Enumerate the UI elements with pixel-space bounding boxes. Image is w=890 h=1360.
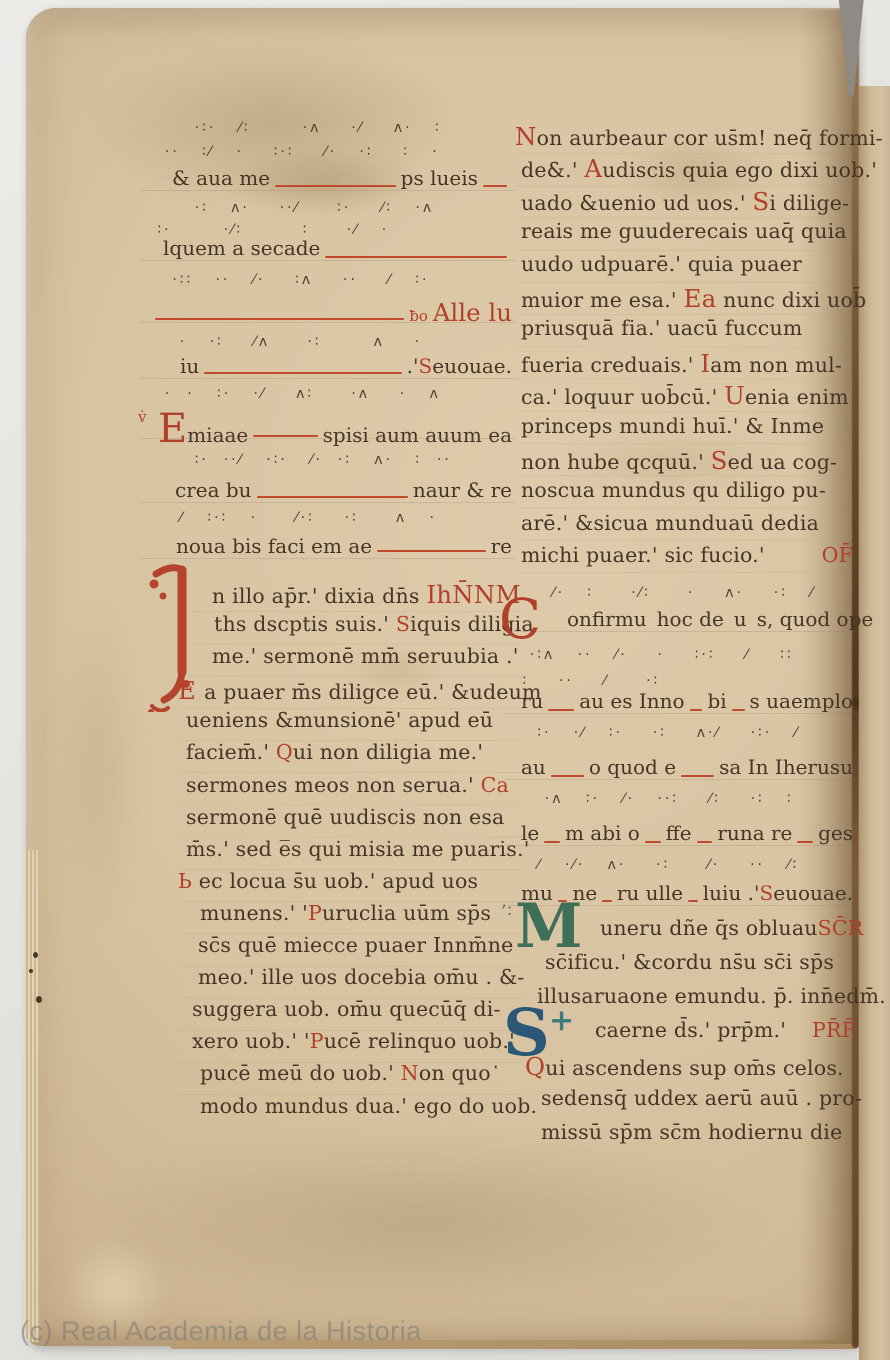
manuscript-text: m̄s.' sed e̅s qui misia me puaris.' <box>186 837 530 861</box>
manuscript-text: on aurbeaur cor us̄m! neq̄ formi- <box>537 126 883 150</box>
neume-row: ·∶ ʌ· ··⁄ ∶· ⁄∶ ·ʌ <box>150 200 512 222</box>
page-edge-strips <box>24 850 39 1342</box>
neume-row: ∶· ·⁄∶ ∶ ·⁄ · <box>150 222 512 236</box>
rubric-text: S <box>396 612 410 636</box>
red-extension-rule <box>253 435 317 437</box>
text-line: munens.' 'Puruclia uūm sp̄s <box>178 901 523 933</box>
text-line: Qui ascendens sup om̄s celos. <box>515 1052 853 1086</box>
ink-speck <box>36 996 42 1003</box>
text-line: sermonē quē uudiscis non esa <box>178 805 523 837</box>
rubric-text: S <box>711 446 728 475</box>
chant-text-line: onfirmuhoc deus, quod ope <box>515 607 853 647</box>
manuscript-text: iu <box>180 354 199 378</box>
rubric-text: S <box>419 354 433 378</box>
manuscript-text: meo.' ille uos docebia om̄u . &- <box>198 965 525 989</box>
manuscript-text: ru <box>521 689 543 713</box>
manuscript-text: bi <box>707 689 726 713</box>
rubric-text: I <box>700 349 710 378</box>
manuscript-text: ca.' loquur uob̄cū.' <box>521 385 724 409</box>
red-extension-rule <box>275 185 396 187</box>
gospel-column-left: n illo ap̄r.' dixia dn̄s IhN̄NMths dscpt… <box>178 580 523 1126</box>
manuscript-text: caerne d̄s.' prp̄m.' <box>595 1018 786 1042</box>
neume-row: ·∶∶ ·· ⁄· ∶ʌ ·· ⁄ ∶· <box>150 272 512 298</box>
manuscript-text: sermones meos non serua.' <box>186 773 481 797</box>
manuscript-text: uado &uenio ud uos.' <box>521 191 752 215</box>
text-line: fueria creduais.' Iam non mul- <box>515 349 853 381</box>
text-line: michi puaer.' sic fucio.' OF̄ <box>515 543 853 575</box>
text-line: Ь ec locua s̄u uob.' apud uos <box>178 869 523 901</box>
manuscript-text: modo mundus dua.' ego do uob. <box>200 1094 537 1118</box>
text-line: non hube qcquū.' Sed ua cog- <box>515 446 853 478</box>
text-line: faciem̄.' Qui non diligia me.' <box>178 740 523 772</box>
red-extension-rule <box>602 900 612 902</box>
neume-row: ·ʌ ∶· ⁄· ··∶ ⁄∶ ·∶ ∶ <box>515 791 853 821</box>
manuscript-text: enia enim <box>745 385 849 409</box>
text-line: uudo udpuarē.' quia puaer <box>515 252 853 284</box>
text-line: n illo ap̄r.' dixia dn̄s IhN̄NM <box>178 580 523 612</box>
manuscript-text: missū sp̄m sc̄m hodiernu die <box>541 1120 842 1144</box>
manuscript-text: illusaruaone emundu. p̄. inn̄edm̄. <box>537 984 886 1008</box>
neume-row: ∶· ·⁄ ∶· ·∶ ʌ·⁄ ·∶· ⁄ <box>515 725 853 755</box>
manuscript-text: sc̄s quē miecce puaer Innm̄ne <box>198 933 513 957</box>
rubric-text: P <box>308 901 322 925</box>
manuscript-text: .' <box>407 354 419 378</box>
preface-cross-icon: + <box>549 1008 574 1034</box>
manuscript-text: munens.' ' <box>200 901 308 925</box>
red-extension-rule <box>688 900 698 902</box>
initial-m-munera: M <box>515 901 583 953</box>
chant-text-line: ruau es Innobis uaemplo <box>515 689 853 725</box>
manuscript-text: ec locua s̄u uob.' apud uos <box>192 869 478 893</box>
rubric-text: PR̄F̄ <box>812 1018 856 1042</box>
rubric-text: U <box>724 381 745 410</box>
manuscript-text: noua bis faci em ae <box>176 534 372 558</box>
red-extension-rule <box>690 709 703 711</box>
manuscript-text: crea bu <box>175 478 252 502</box>
manuscript-text: ui ascendens sup om̄s celos. <box>545 1056 843 1080</box>
rubric-text: S <box>760 881 774 905</box>
text-line: Non aurbeaur cor us̄m! neq̄ formi- <box>515 122 853 154</box>
manuscript-text: ru ulle <box>617 881 683 905</box>
text-line: reais me guuderecais uaq̄ quia <box>515 219 853 251</box>
manuscript-text: uneru dñe q̄s obluau <box>600 916 818 940</box>
manuscript-text: nunc dixi uob̄ <box>716 288 866 312</box>
manuscript-text: suggera uob. om̄u quecūq̄ di- <box>192 997 501 1021</box>
rubric-text: E <box>158 414 187 444</box>
binding-gutter <box>852 12 859 1348</box>
red-extension-rule <box>551 775 584 777</box>
manuscript-text: ps lueis <box>401 166 478 190</box>
text-line: arē.' &sicua munduaū dedia <box>515 511 853 543</box>
text-line: E a puaer m̄s diligce eū.' &udeum <box>178 676 523 708</box>
red-extension-rule <box>645 841 661 843</box>
manuscript-text: luiu <box>703 881 742 905</box>
manuscript-text: onfirmu <box>567 607 647 631</box>
text-line: ueniens &munsionē' apud eū <box>178 708 523 740</box>
neume-row: ·∶ʌ ·· ⁄· · ∶·∶ ⁄ ∶∶ <box>515 647 853 673</box>
red-extension-rule <box>204 372 401 374</box>
manuscript-text: euouae. <box>773 881 853 905</box>
manuscript-text: le <box>521 821 539 845</box>
red-extension-rule <box>377 550 485 552</box>
red-extension-rule <box>325 256 507 258</box>
verse-mark: v̇ <box>138 411 146 424</box>
text-line: suggera uob. om̄u quecūq̄ di- <box>178 997 523 1029</box>
manuscript-text: fueria creduais.' <box>521 353 700 377</box>
text-line: meo.' ille uos docebia om̄u . &- <box>178 965 523 997</box>
text-line: noscua mundus qu diligo pu- <box>515 478 853 510</box>
rubric-text: S <box>752 187 769 216</box>
text-line: ths dscptis suis.' Siquis diligia <box>178 612 523 644</box>
manuscript-text: au es Inno <box>579 689 684 713</box>
gospel-column-right: Non aurbeaur cor us̄m! neq̄ formi-de&.' … <box>515 122 853 575</box>
manuscript-text: sermonē quē uudiscis non esa <box>186 805 504 829</box>
text-line: modo mundus dua.' ego do uob. <box>178 1094 523 1126</box>
manuscript-text: sc̄ificu.' &cordu ns̄u sc̄i sp̄s <box>545 950 834 974</box>
rubric-text: SC̄R <box>818 916 864 940</box>
manuscript-text: i dilige- <box>769 191 849 215</box>
rubric-text: Q <box>276 740 293 764</box>
manuscript-text: lquem a secade <box>163 236 320 260</box>
manuscript-text: michi puaer.' sic fucio.' <box>521 543 771 567</box>
manuscript-text: u <box>734 607 747 631</box>
red-extension-rule <box>548 709 574 711</box>
manuscript-text: ths dscptis suis.' <box>214 612 396 636</box>
manuscript-text: ucē relinquo uob.' <box>324 1029 515 1053</box>
neume-row: · · ∶· ·⁄ ʌ∶ ·ʌ · ʌ <box>150 386 512 414</box>
text-line: missū sp̄m sc̄m hodiernu die <box>515 1120 853 1154</box>
manuscript-text: arē.' &sicua munduaū dedia <box>521 511 819 535</box>
manuscript-text: runa re <box>717 821 792 845</box>
manuscript-text: re <box>491 534 512 558</box>
neume-row: ·· ∶⁄ · ∶·∶ ⁄· ·∶ ∶ · <box>150 144 512 166</box>
manuscript-text: ui non diligia me.' <box>293 740 483 764</box>
text-line: priusquā fia.' uacū fuccum <box>515 316 853 348</box>
neume-row: ⁄ ∶·∶ · ⁄·∶ ·∶ ʌ · <box>150 510 512 534</box>
neume-row: ⁄· ∶ ·⁄∶ · ʌ· ·∶ ⁄ <box>515 585 853 607</box>
red-extension-rule <box>681 775 714 777</box>
neume-row: · ·∶ ⁄ʌ ·∶ ʌ · <box>150 334 512 354</box>
manuscript-text: uudo udpuarē.' quia puaer <box>521 252 802 276</box>
chant-text-line: & aua meps lueis <box>150 166 512 200</box>
rubric-text: Ea <box>684 284 717 313</box>
ink-speck <box>33 952 38 958</box>
neume-row: ⁄ ·⁄· ʌ· ·∶ ⁄· ·· ⁄∶ <box>515 857 853 881</box>
manuscript-text: a puaer m̄s diligce eū.' &udeum <box>204 680 542 704</box>
manuscript-text: muior me esa.' <box>521 288 684 312</box>
text-line: sermones meos non serua.' Ca <box>178 773 523 805</box>
manuscript-text: uruclia uūm sp̄s <box>322 901 491 925</box>
manuscript-text: m abi o <box>565 821 640 845</box>
manuscript-text: priusquā fia.' uacū fuccum <box>521 316 803 340</box>
manuscript-text: n illo ap̄r.' dixia dn̄s <box>212 584 426 608</box>
text-line: ca.' loquur uob̄cū.' Uenia enim <box>515 381 853 413</box>
manuscript-text: naur & re <box>413 478 512 502</box>
text-line: muior me esa.' Ea nunc dixi uob̄ <box>515 284 853 316</box>
red-extension-rule <box>697 841 713 843</box>
rubric-text: Ь <box>178 869 192 893</box>
text-line: sedensq̄ uddex aerū auū . pro- <box>515 1086 853 1120</box>
manuscript-text: am non mul- <box>710 353 842 377</box>
ink-speck <box>29 969 33 973</box>
manuscript-text: hoc de <box>657 607 724 631</box>
rubric-text: N <box>401 1061 419 1085</box>
facing-page-edge <box>859 86 890 1360</box>
manuscript-text: s uaemplo <box>750 689 853 713</box>
text-line: me.' sermonē mm̄ seruubia .' <box>178 644 523 676</box>
chant-text-line: ƀo Alle lu <box>150 298 512 334</box>
rubric-text: P <box>310 1029 324 1053</box>
manuscript-text: faciem̄.' <box>186 740 276 764</box>
manuscript-text: me.' sermonē mm̄ seruubia .' <box>212 644 519 668</box>
chant-text-line: crea bunaur & re <box>150 478 512 510</box>
manuscript-text: .' <box>741 881 759 905</box>
neume-row: ∶ ·· ⁄ ·∶ <box>515 673 853 689</box>
chant-block-left: ·∶· ⁄∶ ·ʌ ·⁄ ʌ· ∶ ·· ∶⁄ · ∶·∶ ⁄· ·∶ ∶ ·&… <box>150 120 512 562</box>
red-extension-rule <box>155 318 404 320</box>
chant-text-line: Emiaaespisi aum auum ea <box>150 414 512 452</box>
chant-text-line: noua bis faci em aere <box>150 534 512 562</box>
manuscript-text: euouae. <box>432 354 512 378</box>
manuscript-text: o quod e <box>589 755 676 779</box>
manuscript-text: au <box>521 755 546 779</box>
manuscript-text: pucē meū do uob.' <box>200 1061 401 1085</box>
red-extension-rule <box>732 709 745 711</box>
text-line: de&.' Audiscis quia ego dixi uob.' <box>515 154 853 186</box>
initial-m-flourish: ’∶ <box>501 905 513 919</box>
rubric-text: Alle lu <box>433 298 512 327</box>
text-line: uado &uenio ud uos.' Si dilige- <box>515 187 853 219</box>
initial-c-confirma: C <box>499 596 541 643</box>
red-extension-rule <box>544 841 560 843</box>
manuscript-text: ffe <box>666 821 692 845</box>
red-extension-rule <box>483 185 507 187</box>
manuscript-text: ed ua cog- <box>728 450 838 474</box>
text-line: pucē meū do uob.' Non quo ҅ <box>178 1061 523 1093</box>
text-line: m̄s.' sed e̅s qui misia me puaris.' <box>178 837 523 869</box>
text-line: princeps mundi huī.' & Inme <box>515 414 853 446</box>
text-line: sc̄s quē miecce puaer Innm̄ne <box>178 933 523 965</box>
manuscript-text: reais me guuderecais uaq̄ quia <box>521 219 847 243</box>
red-extension-rule <box>257 496 408 498</box>
neume-row: ·∶· ⁄∶ ·ʌ ·⁄ ʌ· ∶ <box>150 120 512 144</box>
photo-background: ·∶· ⁄∶ ·ʌ ·⁄ ʌ· ∶ ·· ∶⁄ · ∶·∶ ⁄· ·∶ ∶ ·&… <box>0 0 890 1360</box>
rubric-text: N <box>515 122 537 151</box>
text-line: xero uob.' 'Pucē relinquo uob.' <box>178 1029 523 1061</box>
chant-text-line: iu.'Seuouae. <box>150 354 512 386</box>
manuscript-text: noscua mundus qu diligo pu- <box>521 478 826 502</box>
chant-block-right: ⁄· ∶ ·⁄∶ · ʌ· ·∶ ⁄onfirmuhoc deus, quod … <box>515 585 853 915</box>
manuscript-text: udiscis quia ego dixi uob.' <box>602 158 877 182</box>
manuscript-text: ges <box>818 821 853 845</box>
chant-text-line: lquem a secade <box>150 236 512 272</box>
manuscript-text: xero uob.' ' <box>192 1029 310 1053</box>
initial-s-preface: S <box>503 1006 550 1061</box>
rubric-text: ƀo <box>409 307 432 325</box>
watermark-text: (c) Real Academia de la Historia <box>20 1316 422 1347</box>
chant-text-line: lem abi offeruna reges <box>515 821 853 857</box>
manuscript-text: de&.' <box>521 158 584 182</box>
manuscript-text: non hube qcquū.' <box>521 450 711 474</box>
chant-text-line: auo quod esa In Iherusu <box>515 755 853 791</box>
manuscript-text: s, quod ope <box>757 607 874 631</box>
initial-i-ornament <box>146 560 202 714</box>
neume-row: ∶· ··⁄ ·∶· ⁄· ·∶ ʌ· ∶ ·· <box>150 452 512 478</box>
manuscript-text: sa In Iherusu <box>719 755 853 779</box>
manuscript-text: spisi aum auum ea <box>323 423 512 447</box>
manuscript-text: princeps mundi huī.' & Inme <box>521 414 824 438</box>
manuscript-text: ueniens &munsionē' apud eū <box>186 708 493 732</box>
manuscript-text: & aua me <box>172 166 270 190</box>
manuscript-text: on quo ҅ <box>419 1061 496 1086</box>
manuscript-text: sedensq̄ uddex aerū auū . pro- <box>541 1086 862 1110</box>
red-extension-rule <box>797 841 813 843</box>
rubric-text: Ca <box>481 773 509 797</box>
manuscript-text: miaae <box>187 423 248 447</box>
rubric-text: A <box>584 154 602 183</box>
rubric-text: OF̄ <box>822 543 853 567</box>
